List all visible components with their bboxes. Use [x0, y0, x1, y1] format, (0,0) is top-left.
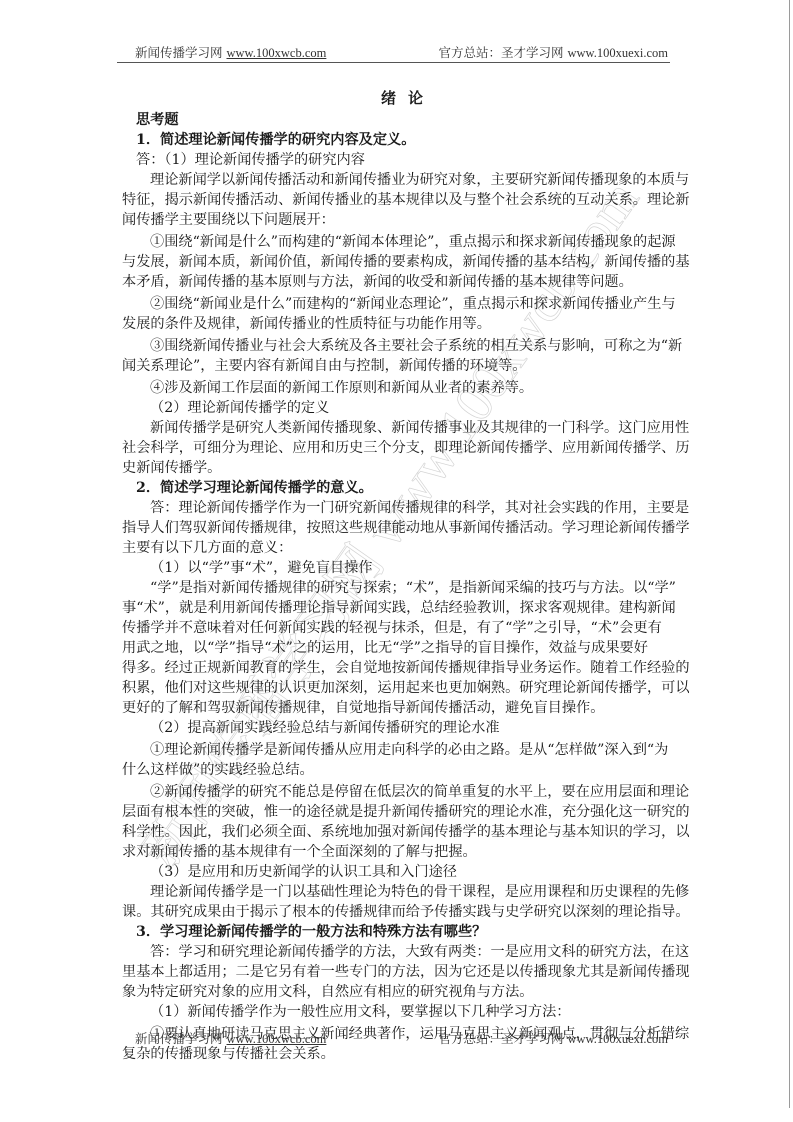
footer-left: 新闻传播学习网 www.100xwcb.com: [135, 1029, 326, 1047]
text-line: 什么这样做”的实践经验总结。: [122, 760, 666, 780]
text-line: 答：理论新闻传播学作为一门研究新闻传播规律的科学，其对社会实践的作用，主要是: [136, 498, 666, 518]
text-line: ②新闻传播学的研究不能总是停留在低层次的简单重复的水平上，要在应用层面和理论: [136, 782, 666, 802]
text-line: 传播学并不意味着对任何新闻实践的轻视与抹杀，但是，有了“学”之引导，“术”会更有: [122, 618, 666, 638]
footer-site-name: 新闻传播学习网: [135, 1031, 223, 1046]
text-line: 求对新闻传播的基本规律有一个全面深刻的了解与把握。: [122, 842, 666, 862]
text-line: 闻关系理论”，主要内容有新闻自由与控制，新闻传播的环境等。: [122, 356, 666, 376]
text-line: （1）新闻传播学作为一般性应用文科，要掌握以下几种学习方法：: [136, 1002, 666, 1022]
chapter-title: 绪论: [150, 86, 666, 110]
footer-right: 官方总站：圣才学习网 www.100xuexi.com: [438, 1029, 668, 1047]
question-heading: 1．简述理论新闻传播学的研究内容及定义。: [136, 130, 666, 150]
header-left: 新闻传播学习网 www.100xwcb.com: [135, 43, 326, 61]
header-right: 官方总站：圣才学习网 www.100xuexi.com: [438, 43, 668, 61]
text-line: （1）以“学”事“术”，避免盲目操作: [136, 558, 666, 578]
text-line: 主要有以下几方面的意义：: [122, 538, 666, 558]
text-line: 与发展，新闻本质，新闻价值，新闻传播的要素构成，新闻传播的基本结构，新闻传播的基: [122, 252, 666, 272]
text-line: 更好的了解和驾驭新闻传播规律，自觉地指导新闻传播活动，避免盲目操作。: [122, 698, 666, 718]
text-line: （2）理论新闻传播学的定义: [136, 398, 666, 418]
question-heading: 2．简述学习理论新闻传播学的意义。: [136, 478, 666, 498]
text-line: 得多。经过正规新闻教育的学生，会自觉地按新闻传播规律指导业务运作。随着工作经验的: [122, 658, 666, 678]
footer-site-link[interactable]: www.100xwcb.com: [227, 1032, 327, 1046]
text-line: ①理论新闻传播学是新闻传播从应用走向科学的必由之路。是从“怎样做”深入到“为: [136, 740, 666, 760]
text-line: 史新闻传播学。: [122, 458, 666, 478]
text-line: 特征，揭示新闻传播活动、新闻传播业的基本规律以及与整个社会系统的互动关系。理论新: [122, 190, 666, 210]
text-line: 闻传播学主要围绕以下问题展开：: [122, 210, 666, 230]
text-line: ①围绕“新闻是什么”而构建的“新闻本体理论”，重点揭示和探求新闻传播现象的起源: [136, 232, 666, 252]
footer-official-label: 官方总站：圣才学习网: [438, 1031, 563, 1046]
text-line: 积累，他们对这些规律的认识更加深刻，运用起来也更加娴熟。研究理论新闻传播学，可以: [122, 678, 666, 698]
document-body: 绪论 思考题 1．简述理论新闻传播学的研究内容及定义。答：（1）理论新闻传播学的…: [136, 86, 666, 1064]
footer-official-url: www.100xuexi.com: [567, 1032, 668, 1046]
text-line: 答：（1）理论新闻传播学的研究内容: [136, 150, 666, 170]
text-line: 象为特定研究对象的应用文科，自然应有相应的研究视角与方法。: [122, 982, 666, 1002]
text-line: 理论新闻传播学是一门以基础性理论为特色的骨干课程，是应用课程和历史课程的先修: [136, 882, 666, 902]
text-line: 复杂的传播现象与传播社会关系。: [122, 1044, 666, 1064]
text-line: （2）提高新闻实践经验总结与新闻传播研究的理论水准: [136, 718, 666, 738]
text-line: ④涉及新闻工作层面的新闻工作原则和新闻从业者的素养等。: [136, 378, 666, 398]
text-line: “学”是指对新闻传播规律的研究与探索；“术”，是指新闻采编的技巧与方法。以“学”: [136, 578, 666, 598]
header-official-label: 官方总站：圣才学习网: [438, 45, 563, 60]
text-line: ③围绕新闻传播业与社会大系统及各主要社会子系统的相互关系与影响，可称之为“新: [136, 336, 666, 356]
text-line: 答：学习和研究理论新闻传播学的方法，大致有两类：一是应用文科的研究方法，在这: [136, 942, 666, 962]
text-line: 用武之地，以“学”指导“术”之的运用，比无“学”之指导的盲目操作，效益与成果要好: [122, 638, 666, 658]
text-line: 发展的条件及规律，新闻传播业的性质特征与功能作用等。: [122, 314, 666, 334]
text-line: （3）是应用和历史新闻学的认识工具和入门途径: [136, 862, 666, 882]
page-edge-border: [789, 0, 790, 1108]
text-line: 科学性。因此，我们必须全面、系统地加强对新闻传播学的基本理论与基本知识的学习，以: [122, 822, 666, 842]
text-line: 层面有根本性的突破，惟一的途径就是提升新闻传播研究的理论水准，充分强化这一研究的: [122, 802, 666, 822]
text-line: 指导人们驾驭新闻传播规律，按照这些规律能动地从事新闻传播活动。学习理论新闻传播学: [122, 518, 666, 538]
text-line: 本矛盾，新闻传播的基本原则与方法，新闻的收受和新闻传播的基本规律等问题。: [122, 272, 666, 292]
text-line: 理论新闻学以新闻传播活动和新闻传播业为研究对象，主要研究新闻传播现象的本质与: [136, 170, 666, 190]
document-lines: 1．简述理论新闻传播学的研究内容及定义。答：（1）理论新闻传播学的研究内容理论新…: [136, 130, 666, 1064]
section-heading: 思考题: [136, 110, 666, 130]
text-line: 社会科学，可细分为理论、应用和历史三个分支，即理论新闻传播学、应用新闻传播学、历: [122, 438, 666, 458]
text-line: ②围绕“新闻业是什么”而建构的“新闻业态理论”，重点揭示和探求新闻传播业产生与: [136, 294, 666, 314]
page-footer: 新闻传播学习网 www.100xwcb.com 官方总站：圣才学习网 www.1…: [117, 1026, 670, 1046]
header-site-link[interactable]: www.100xwcb.com: [227, 46, 327, 60]
header-official-url: www.100xuexi.com: [567, 46, 668, 60]
text-line: 课。其研究成果由于揭示了根本的传播规律而给予传播实践与史学研究以深刻的理论指导。: [122, 902, 666, 922]
text-line: 里基本上都适用；二是它另有着一些专门的方法，因为它还是以传播现象尤其是新闻传播现: [122, 962, 666, 982]
page-header: 新闻传播学习网 www.100xwcb.com 官方总站：圣才学习网 www.1…: [117, 40, 670, 63]
header-site-name: 新闻传播学习网: [135, 45, 223, 60]
text-line: 新闻传播学是研究人类新闻传播现象、新闻传播事业及其规律的一门科学。这门应用性: [136, 418, 666, 438]
question-heading: 3．学习理论新闻传播学的一般方法和特殊方法有哪些？: [136, 922, 666, 942]
text-line: 事“术”，就是利用新闻传播理论指导新闻实践，总结经验教训，探求客观规律。建构新闻: [122, 598, 666, 618]
